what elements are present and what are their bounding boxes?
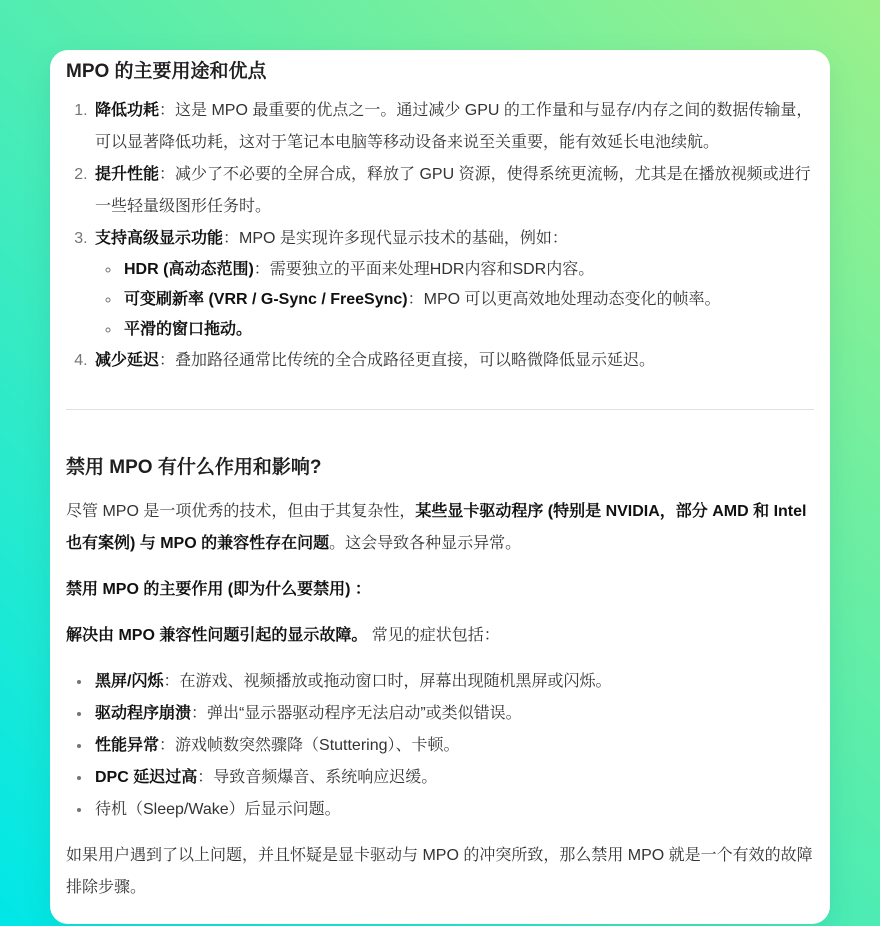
text-run: ：叠加路径通常比传统的全合成路径更直接，可以略微降低显示延迟。 <box>159 352 655 369</box>
text-run: ：MPO 是实现许多现代显示技术的基础，例如： <box>223 230 568 247</box>
text-run: ：在游戏、视频播放或拖动窗口时，屏幕出现随机黑屏或闪烁。 <box>163 673 611 690</box>
section-heading: MPO 的主要用途和优点 <box>66 58 814 87</box>
bold-text-run: 可变刷新率 (VRR / G-Sync / FreeSync) <box>124 291 408 308</box>
text-run: ：MPO 可以更高效地处理动态变化的帧率。 <box>408 291 721 308</box>
bold-text-run: 解决由 MPO 兼容性问题引起的显示故障。 <box>66 627 367 644</box>
bold-text-run: 黑屏/闪烁 <box>95 673 163 690</box>
text-run: 待机（Sleep/Wake）后显示问题。 <box>95 801 341 818</box>
article-content: MPO 的主要用途和优点降低功耗：这是 MPO 最重要的优点之一。通过减少 GP… <box>66 58 814 904</box>
text-run: ：导致音频爆音、系统响应迟缓。 <box>197 769 437 786</box>
list-item: 黑屏/闪烁：在游戏、视频播放或拖动窗口时，屏幕出现随机黑屏或闪烁。 <box>92 666 814 698</box>
text-run: ：需要独立的平面来处理HDR内容和SDR内容。 <box>254 261 594 278</box>
text-run: 常见的症状包括： <box>367 627 499 644</box>
sub-list-item: HDR (高动态范围)：需要独立的平面来处理HDR内容和SDR内容。 <box>121 255 814 285</box>
sub-bullet-list: HDR (高动态范围)：需要独立的平面来处理HDR内容和SDR内容。可变刷新率 … <box>95 255 814 345</box>
sub-list-item: 可变刷新率 (VRR / G-Sync / FreeSync)：MPO 可以更高… <box>121 285 814 315</box>
section-heading: 禁用 MPO 有什么作用和影响? <box>66 454 814 483</box>
text-run: 如果用户遇到了以上问题，并且怀疑是显卡驱动与 MPO 的冲突所致，那么禁用 MP… <box>66 847 813 896</box>
text-run: 尽管 MPO 是一项优秀的技术，但由于其复杂性， <box>66 503 415 520</box>
section-divider <box>66 409 814 410</box>
bold-text-run: 支持高级显示功能 <box>95 230 223 247</box>
text-run: ：这是 MPO 最重要的优点之一。通过减少 GPU 的工作量和与显存/内存之间的… <box>95 102 812 151</box>
paragraph: 如果用户遇到了以上问题，并且怀疑是显卡驱动与 MPO 的冲突所致，那么禁用 MP… <box>66 840 814 904</box>
list-item: 降低功耗：这是 MPO 最重要的优点之一。通过减少 GPU 的工作量和与显存/内… <box>92 95 814 159</box>
bold-text-run: 驱动程序崩溃 <box>95 705 191 722</box>
list-item: 减少延迟：叠加路径通常比传统的全合成路径更直接，可以略微降低显示延迟。 <box>92 345 814 377</box>
list-item: 提升性能：减少了不必要的全屏合成，释放了 GPU 资源，使得系统更流畅，尤其是在… <box>92 159 814 223</box>
bold-text-run: 禁用 MPO 的主要作用 (即为什么要禁用) ： <box>66 581 371 598</box>
bold-text-run: 降低功耗 <box>95 102 159 119</box>
bold-text-run: 提升性能 <box>95 166 159 183</box>
bold-text-run: 性能异常 <box>95 737 159 754</box>
page-background: MPO 的主要用途和优点降低功耗：这是 MPO 最重要的优点之一。通过减少 GP… <box>0 0 880 926</box>
text-run: ：减少了不必要的全屏合成，释放了 GPU 资源，使得系统更流畅，尤其是在播放视频… <box>95 166 811 215</box>
paragraph: 解决由 MPO 兼容性问题引起的显示故障。 常见的症状包括： <box>66 620 814 652</box>
list-item: 性能异常：游戏帧数突然骤降（Stuttering）、卡顿。 <box>92 730 814 762</box>
bold-text-run: HDR (高动态范围) <box>124 261 254 278</box>
bold-text-run: 减少延迟 <box>95 352 159 369</box>
list-item: 待机（Sleep/Wake）后显示问题。 <box>92 794 814 826</box>
paragraph: 尽管 MPO 是一项优秀的技术，但由于其复杂性，某些显卡驱动程序 (特别是 NV… <box>66 496 814 560</box>
paragraph: 禁用 MPO 的主要作用 (即为什么要禁用) ： <box>66 574 814 606</box>
numbered-list: 降低功耗：这是 MPO 最重要的优点之一。通过减少 GPU 的工作量和与显存/内… <box>66 95 814 377</box>
text-run: 。这会导致各种显示异常。 <box>329 535 521 552</box>
sub-list-item: 平滑的窗口拖动。 <box>121 315 814 345</box>
bold-text-run: DPC 延迟过高 <box>95 769 197 786</box>
bullet-list: 黑屏/闪烁：在游戏、视频播放或拖动窗口时，屏幕出现随机黑屏或闪烁。驱动程序崩溃：… <box>66 666 814 826</box>
text-run: ：游戏帧数突然骤降（Stuttering）、卡顿。 <box>159 737 460 754</box>
text-run: ：弹出“显示器驱动程序无法启动”或类似错误。 <box>191 705 522 722</box>
list-item: DPC 延迟过高：导致音频爆音、系统响应迟缓。 <box>92 762 814 794</box>
list-item: 支持高级显示功能：MPO 是实现许多现代显示技术的基础，例如：HDR (高动态范… <box>92 223 814 345</box>
content-card: MPO 的主要用途和优点降低功耗：这是 MPO 最重要的优点之一。通过减少 GP… <box>50 50 830 924</box>
bold-text-run: 平滑的窗口拖动。 <box>124 321 252 338</box>
list-item: 驱动程序崩溃：弹出“显示器驱动程序无法启动”或类似错误。 <box>92 698 814 730</box>
